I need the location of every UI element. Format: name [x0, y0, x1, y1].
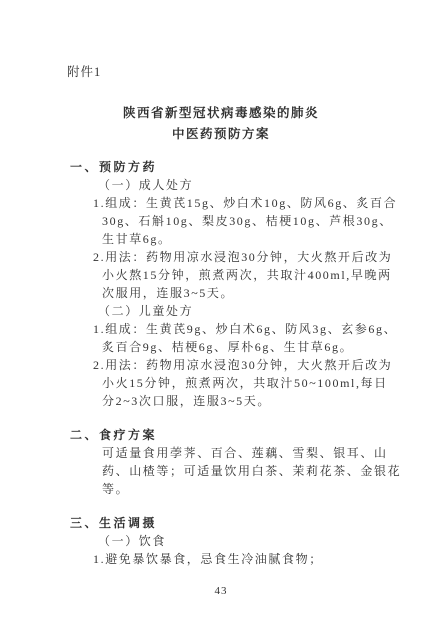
subsection-heading: （一）成人处方: [70, 176, 394, 194]
text-line: 2.用法：药物用凉水浸泡30分钟，大火熬开后改为: [70, 356, 394, 374]
text-line: 药、山楂等；可适量饮用白茶、茉莉花茶、金银花: [70, 462, 394, 480]
document-title: 陕西省新型冠状病毒感染的肺炎 中医药预防方案: [0, 103, 442, 145]
attachment-label: 附件1: [67, 62, 101, 80]
text-line: 炙百合9g、桔梗6g、厚朴6g、生甘草6g。: [70, 338, 394, 356]
text-line: 次服用，连服3~5天。: [70, 284, 394, 302]
subsection-heading: （二）儿童处方: [70, 302, 394, 320]
text-line: 1.避免暴饮暴食，忌食生冷油腻食物；: [70, 550, 394, 568]
page-number: 43: [0, 585, 442, 597]
text-line: 生甘草6g。: [70, 230, 394, 248]
section-heading: 三、生活调摄: [70, 514, 394, 532]
text-line: 小火15分钟，煎煮两次，共取汁50~100ml,每日: [70, 374, 394, 392]
text-line: 小火熬15分钟，煎煮两次，共取汁400ml,早晚两: [70, 266, 394, 284]
title-line-1: 陕西省新型冠状病毒感染的肺炎: [0, 103, 442, 124]
text-line: 1.组成：生黄芪15g、炒白术10g、防风6g、炙百合: [70, 194, 394, 212]
subsection-heading: （一）饮食: [70, 532, 394, 550]
section-heading: 二、食疗方案: [70, 426, 394, 444]
text-line: 可适量食用荸荠、百合、莲藕、雪梨、银耳、山: [70, 444, 394, 462]
text-line: 1.组成：生黄芪9g、炒白术6g、防风3g、玄参6g、: [70, 320, 394, 338]
document-body: 一、预防方药（一）成人处方1.组成：生黄芪15g、炒白术10g、防风6g、炙百合…: [70, 158, 394, 568]
document-page: 附件1 陕西省新型冠状病毒感染的肺炎 中医药预防方案 一、预防方药（一）成人处方…: [0, 0, 442, 640]
text-line: 等。: [70, 480, 394, 498]
text-line: 分2~3次口服，连服3~5天。: [70, 392, 394, 410]
text-line: 30g、石斛10g、梨皮30g、桔梗10g、芦根30g、: [70, 212, 394, 230]
text-line: 2.用法：药物用凉水浸泡30分钟，大火熬开后改为: [70, 248, 394, 266]
title-line-2: 中医药预防方案: [0, 124, 442, 145]
section-heading: 一、预防方药: [70, 158, 394, 176]
